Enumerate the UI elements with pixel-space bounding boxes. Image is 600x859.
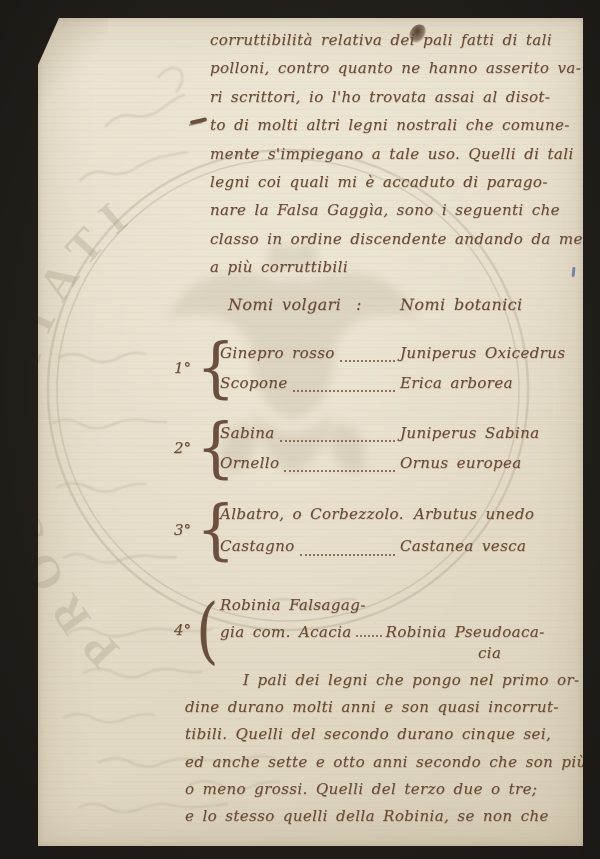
species-group-1: 1° { Ginepro rosso Juniperus Oxicedrus S… [174,337,578,399]
text-line: corruttibilità relativa dei pali fatti d… [210,26,584,54]
text-line: a più corruttibili [210,253,584,281]
margin-pen-mark [190,117,207,125]
text-line: o meno grossi. Quelli del terzo due o tr… [185,776,581,803]
column-header-botanical-names: Nomi botanici [400,295,523,314]
dotted-leader [280,440,395,442]
botanical-name: Erica arborea [400,368,578,398]
common-name: Albatro, o Corbezzolo. [220,498,404,530]
dotted-leader [284,470,395,472]
group-brace: { [196,497,220,562]
table-row: Robinia Falsagag- [220,592,578,619]
group-number: 2° [174,439,196,457]
text-line: tibili. Quelli del secondo durano cinque… [185,721,581,748]
text-line: polloni, contro quanto ne hanno asserito… [210,54,584,82]
text-line: I pali dei legni che pongo nel primo or- [185,667,581,694]
common-name-continued: gia com. Acacia [220,619,352,646]
species-group-4: 4° ( Robinia Falsagag- gia com. Acacia R… [174,592,578,667]
paragraph-durability: I pali dei legni che pongo nel primo or-… [185,667,581,830]
table-row: Castagno Castanea vesca [220,530,578,562]
text-line: nare la Falsa Gaggìa, sono i seguenti ch… [210,196,584,224]
common-name: Ginepro rosso [220,338,335,368]
table-row: Ginepro rosso Juniperus Oxicedrus [220,338,578,368]
botanical-name: Juniperus Sabina [400,418,578,448]
header-separator: : [356,295,362,314]
group-number: 1° [174,359,196,377]
group-brace: ( [196,593,220,666]
table-header: Nomi volgari : Nomi botanici [228,295,588,319]
text-line: ed anche sette e otto anni secondo che s… [185,749,581,776]
table-row: Albatro, o Corbezzolo. Arbutus unedo [220,498,578,530]
dotted-leader [300,554,395,556]
botanical-name: Arbutus unedo [414,498,592,530]
text-line: dine durano molti anni e son quasi incor… [185,694,581,721]
dotted-leader [356,635,382,637]
botanical-name: Castanea vesca [400,530,578,562]
botanical-name: Ornus europea [400,448,578,478]
text-line: ri scrittori, io l'ho trovata assai al d… [210,83,584,111]
species-group-2: 2° { Sabina Juniperus Sabina Ornello Orn… [174,417,578,479]
group-brace: { [196,335,220,400]
column-header-common-names: Nomi volgari [228,295,341,314]
table-row: gia com. Acacia Robinia Pseudoaca- [220,619,578,646]
photo-of-manuscript: { "document": { "paragraph1": { "lines":… [0,0,600,859]
dotted-leader [340,360,395,362]
text-line: classo in ordine discendente andando da … [210,225,584,253]
paragraph-intro: corruttibilità relativa dei pali fatti d… [210,26,584,282]
species-group-3: 3° { Albatro, o Corbezzolo. Arbutus uned… [174,498,578,562]
corner-shadow [38,18,108,108]
group-number: 3° [174,521,196,539]
text-line: legni coi quali mi è accaduto di parago- [210,168,584,196]
text-line: mente s'impiegano a tale uso. Quelli di … [210,140,584,168]
manuscript-page: PROSPERITATI corruttibilità relativa dei [38,18,583,846]
table-row: Scopone Erica arborea [220,368,578,398]
table-row: Sabina Juniperus Sabina [220,418,578,448]
dotted-leader [293,390,395,392]
botanical-name: Robinia Pseudoaca- [386,619,545,646]
table-row: Ornello Ornus europea [220,448,578,478]
botanical-name: Juniperus Oxicedrus [400,338,578,368]
group-brace: { [196,415,220,480]
stamp-arc-text: PROSPERITATI [38,184,146,677]
group-number: 4° [174,621,196,639]
text-line: to di molti altri legni nostrali che com… [210,111,584,139]
text-line: e lo stesso quelli della Robinia, se non… [185,803,581,830]
